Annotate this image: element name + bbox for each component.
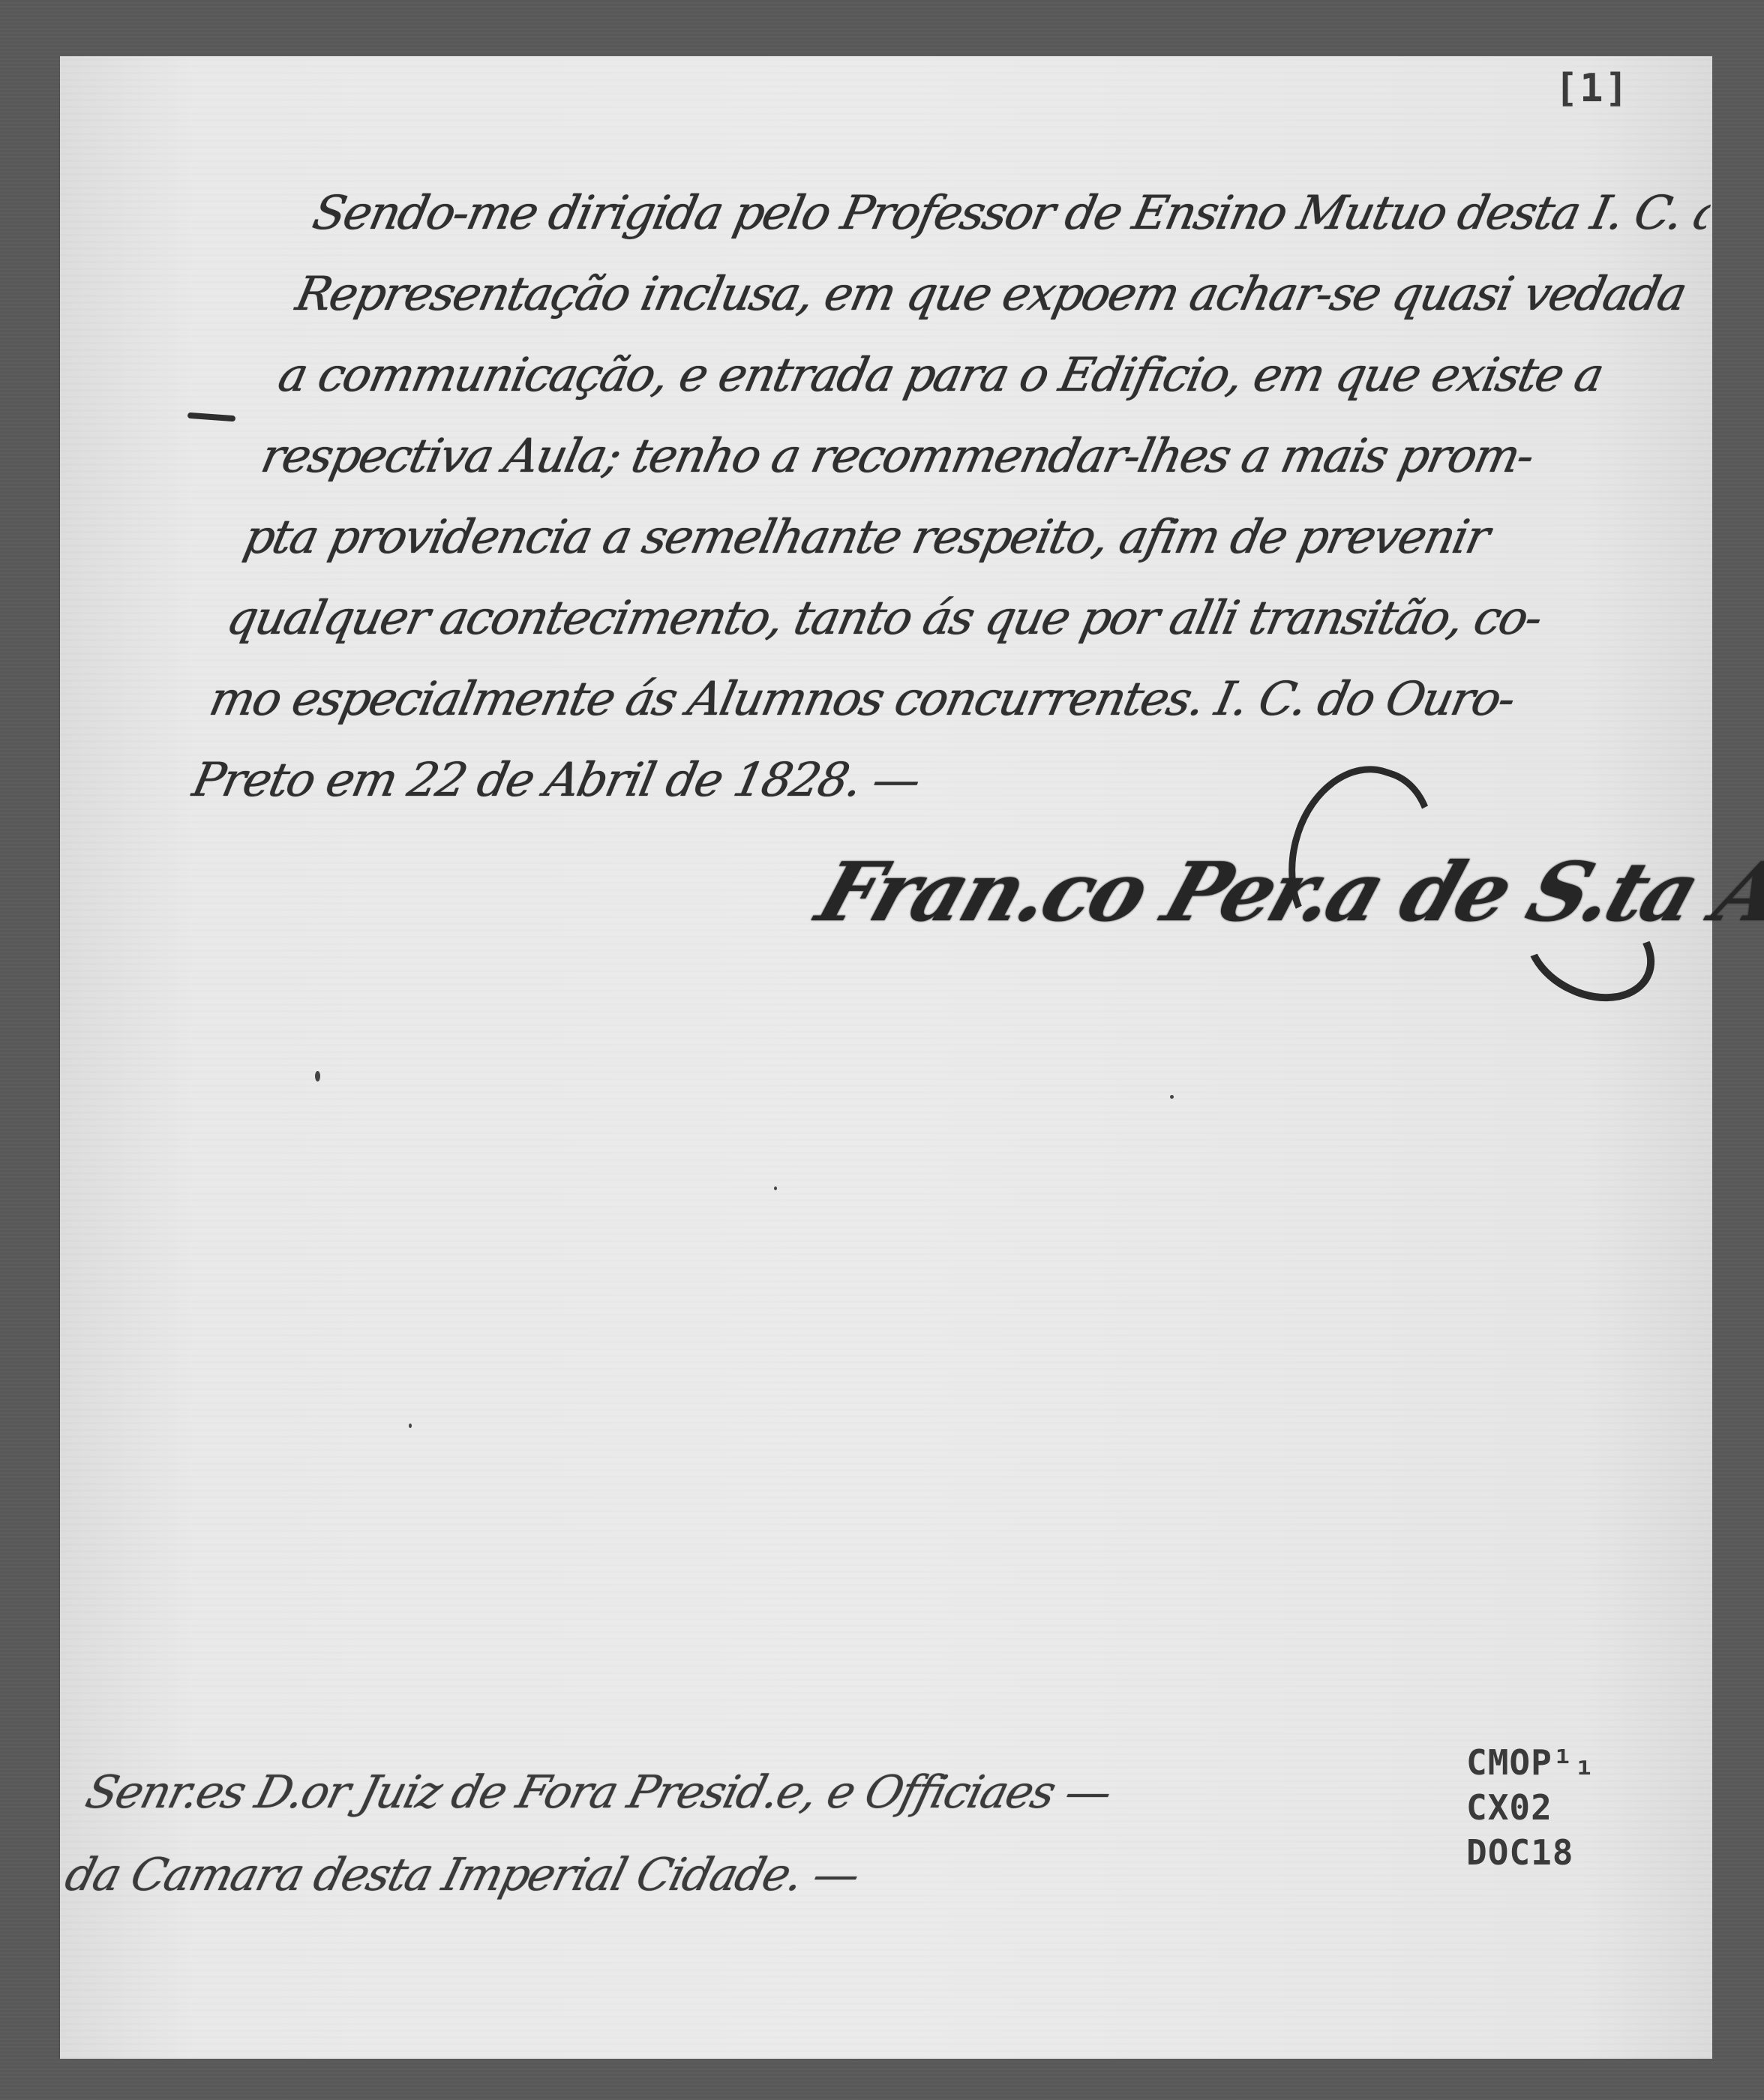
catalog-reference-note: CMOP¹₁ CX02 DOC18 — [1466, 1740, 1646, 1875]
letter-line: respectiva Aula; tenho a recommendar-lhe… — [253, 415, 1666, 496]
letter-line: pta providencia a semelhante respeito, a… — [236, 496, 1648, 577]
addressee-line: Senr.es D.or Juiz de Fora Presid.e, e Of… — [77, 1751, 997, 1834]
letter-line: Sendo-me dirigida pelo Professor de Ensi… — [305, 172, 1717, 253]
paper-speck — [774, 1186, 777, 1190]
letter-line: qualquer acontecimento, tanto ás que por… — [219, 577, 1631, 658]
letter-body: Sendo-me dirigida pelo Professor de Ensi… — [184, 172, 1717, 820]
catalog-document: DOC18 — [1466, 1830, 1646, 1875]
catalog-box: CX02 — [1466, 1785, 1646, 1830]
addressee-line: da Camara desta Imperial Cidade. — — [56, 1834, 976, 1916]
paper-speck — [1170, 1095, 1174, 1099]
catalog-fund: CMOP¹₁ — [1466, 1740, 1646, 1785]
letter-line: Representação inclusa, em que expoem ach… — [288, 253, 1700, 334]
signature: Fran.co Per.a de S.ta Apollonia — [795, 810, 1643, 975]
addressee-block: Senr.es D.or Juiz de Fora Presid.e, e Of… — [56, 1751, 997, 1916]
letter-line: mo especialmente ás Alumnos concurrentes… — [202, 658, 1614, 739]
paper-speck — [315, 1071, 320, 1081]
paper-speck — [409, 1423, 412, 1428]
letter-line: a communicação, e entrada para o Edifici… — [271, 334, 1683, 415]
archive-page-number: [1] — [1555, 66, 1630, 111]
